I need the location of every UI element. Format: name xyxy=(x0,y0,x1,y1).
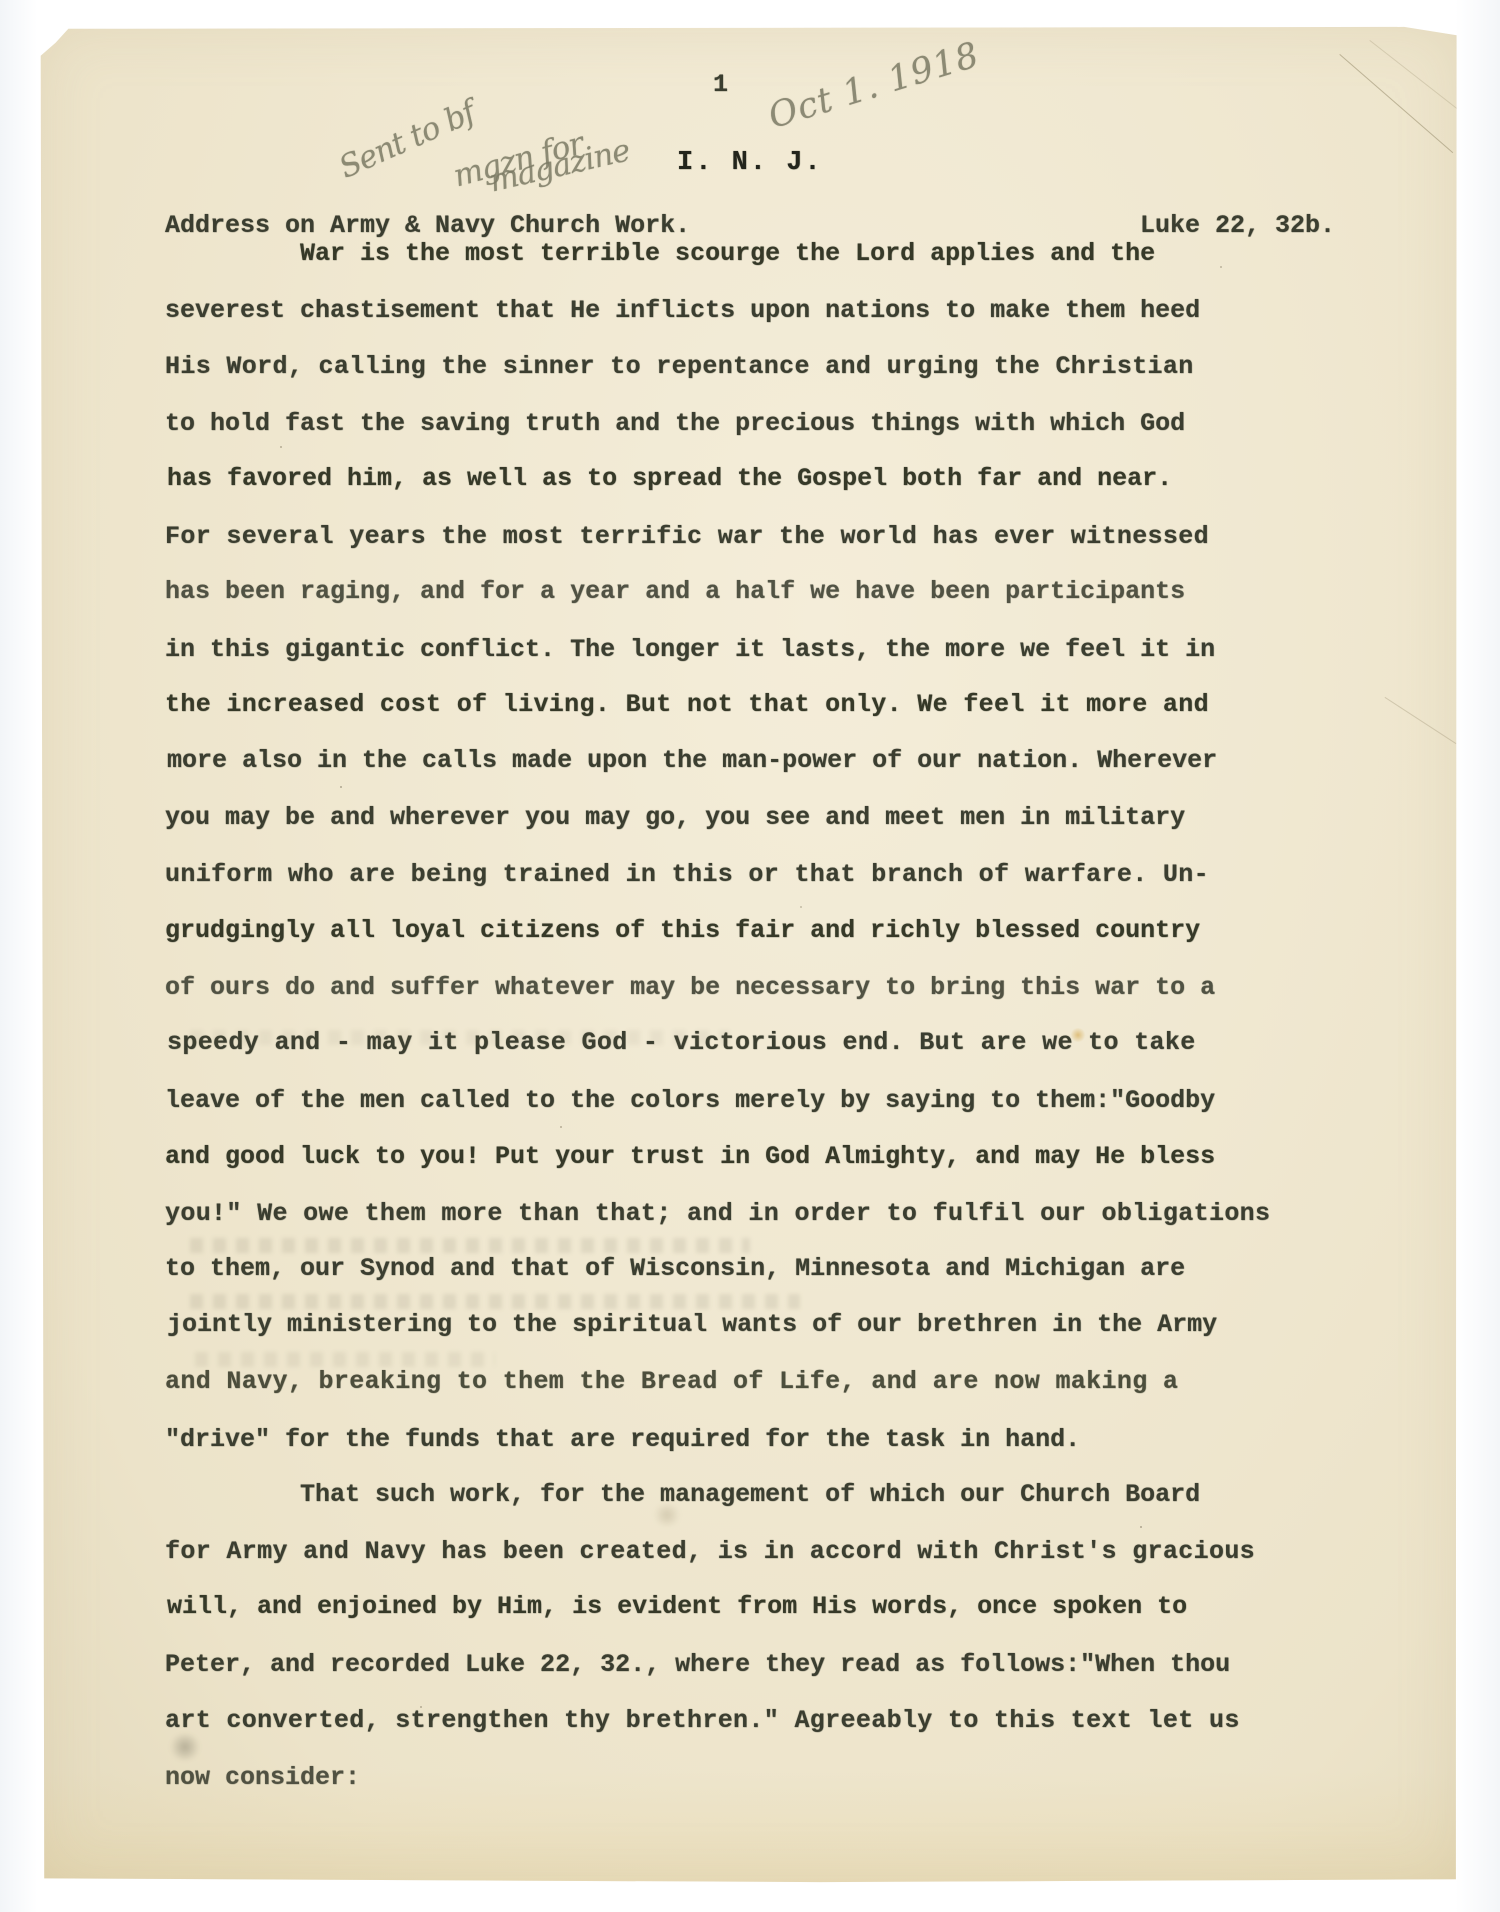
ink-bleed-through xyxy=(190,1238,750,1253)
typed-line: His Word, calling the sinner to repentan… xyxy=(165,339,1405,395)
ink-bleed-through xyxy=(190,1294,800,1309)
handwritten-date-note: Oct 1. 1918 xyxy=(764,35,984,137)
typed-line: severest chastisement that He inflicts u… xyxy=(165,283,1405,339)
inj-heading: I. N. J. xyxy=(677,148,823,178)
typed-line: will, and enjoined by Him, is evident fr… xyxy=(167,1579,1407,1635)
paper-speckles xyxy=(40,26,42,28)
typewritten-page: Sent to bf mgzn for magazine Oct 1. 1918… xyxy=(40,26,1458,1883)
typed-line: more also in the calls made upon the man… xyxy=(167,733,1407,789)
paper-smudge xyxy=(652,1504,682,1526)
typed-line: for Army and Navy has been created, is i… xyxy=(165,1524,1405,1580)
typed-line: grudgingly all loyal citizens of this fa… xyxy=(165,903,1405,959)
typed-line: in this gigantic conflict. The longer it… xyxy=(165,622,1405,678)
typed-line: of ours do and suffer whatever may be ne… xyxy=(165,960,1405,1016)
corner-crease xyxy=(1369,40,1464,115)
typed-line: For several years the most terrific war … xyxy=(165,509,1405,565)
typed-line: War is the most terrible scourge the Lor… xyxy=(165,226,1405,282)
paper-stain xyxy=(1070,1028,1086,1042)
typed-line: and good luck to you! Put your trust in … xyxy=(165,1129,1405,1185)
typed-line: leave of the men called to the colors me… xyxy=(165,1073,1405,1129)
ink-bleed-through xyxy=(195,1352,495,1367)
typed-line: That such work, for the management of wh… xyxy=(165,1467,1405,1523)
typed-line: to hold fast the saving truth and the pr… xyxy=(165,396,1405,452)
ink-bleed-through xyxy=(190,1030,730,1045)
ink-smudge xyxy=(168,1734,202,1760)
page-number: 1 xyxy=(713,70,728,99)
scan-background: { "colors": { "paper": "#efe7d0", "typew… xyxy=(0,0,1500,1912)
typed-line: has favored him, as well as to spread th… xyxy=(167,451,1407,507)
corner-crease xyxy=(1339,54,1453,153)
typed-line: you!" We owe them more than that; and in… xyxy=(165,1186,1405,1242)
typed-line: the increased cost of living. But not th… xyxy=(165,677,1405,733)
typed-line: you may be and wherever you may go, you … xyxy=(165,790,1405,846)
typed-line: art converted, strengthen thy brethren."… xyxy=(165,1693,1405,1749)
typed-line: now consider: xyxy=(165,1750,1405,1806)
typed-line: has been raging, and for a year and a ha… xyxy=(165,564,1405,620)
typed-body: War is the most terrible scourge the Lor… xyxy=(165,226,1405,1805)
typed-line: Peter, and recorded Luke 22, 32., where … xyxy=(165,1637,1405,1693)
typed-line: "drive" for the funds that are required … xyxy=(165,1412,1405,1468)
typed-line: uniform who are being trained in this or… xyxy=(165,847,1405,903)
